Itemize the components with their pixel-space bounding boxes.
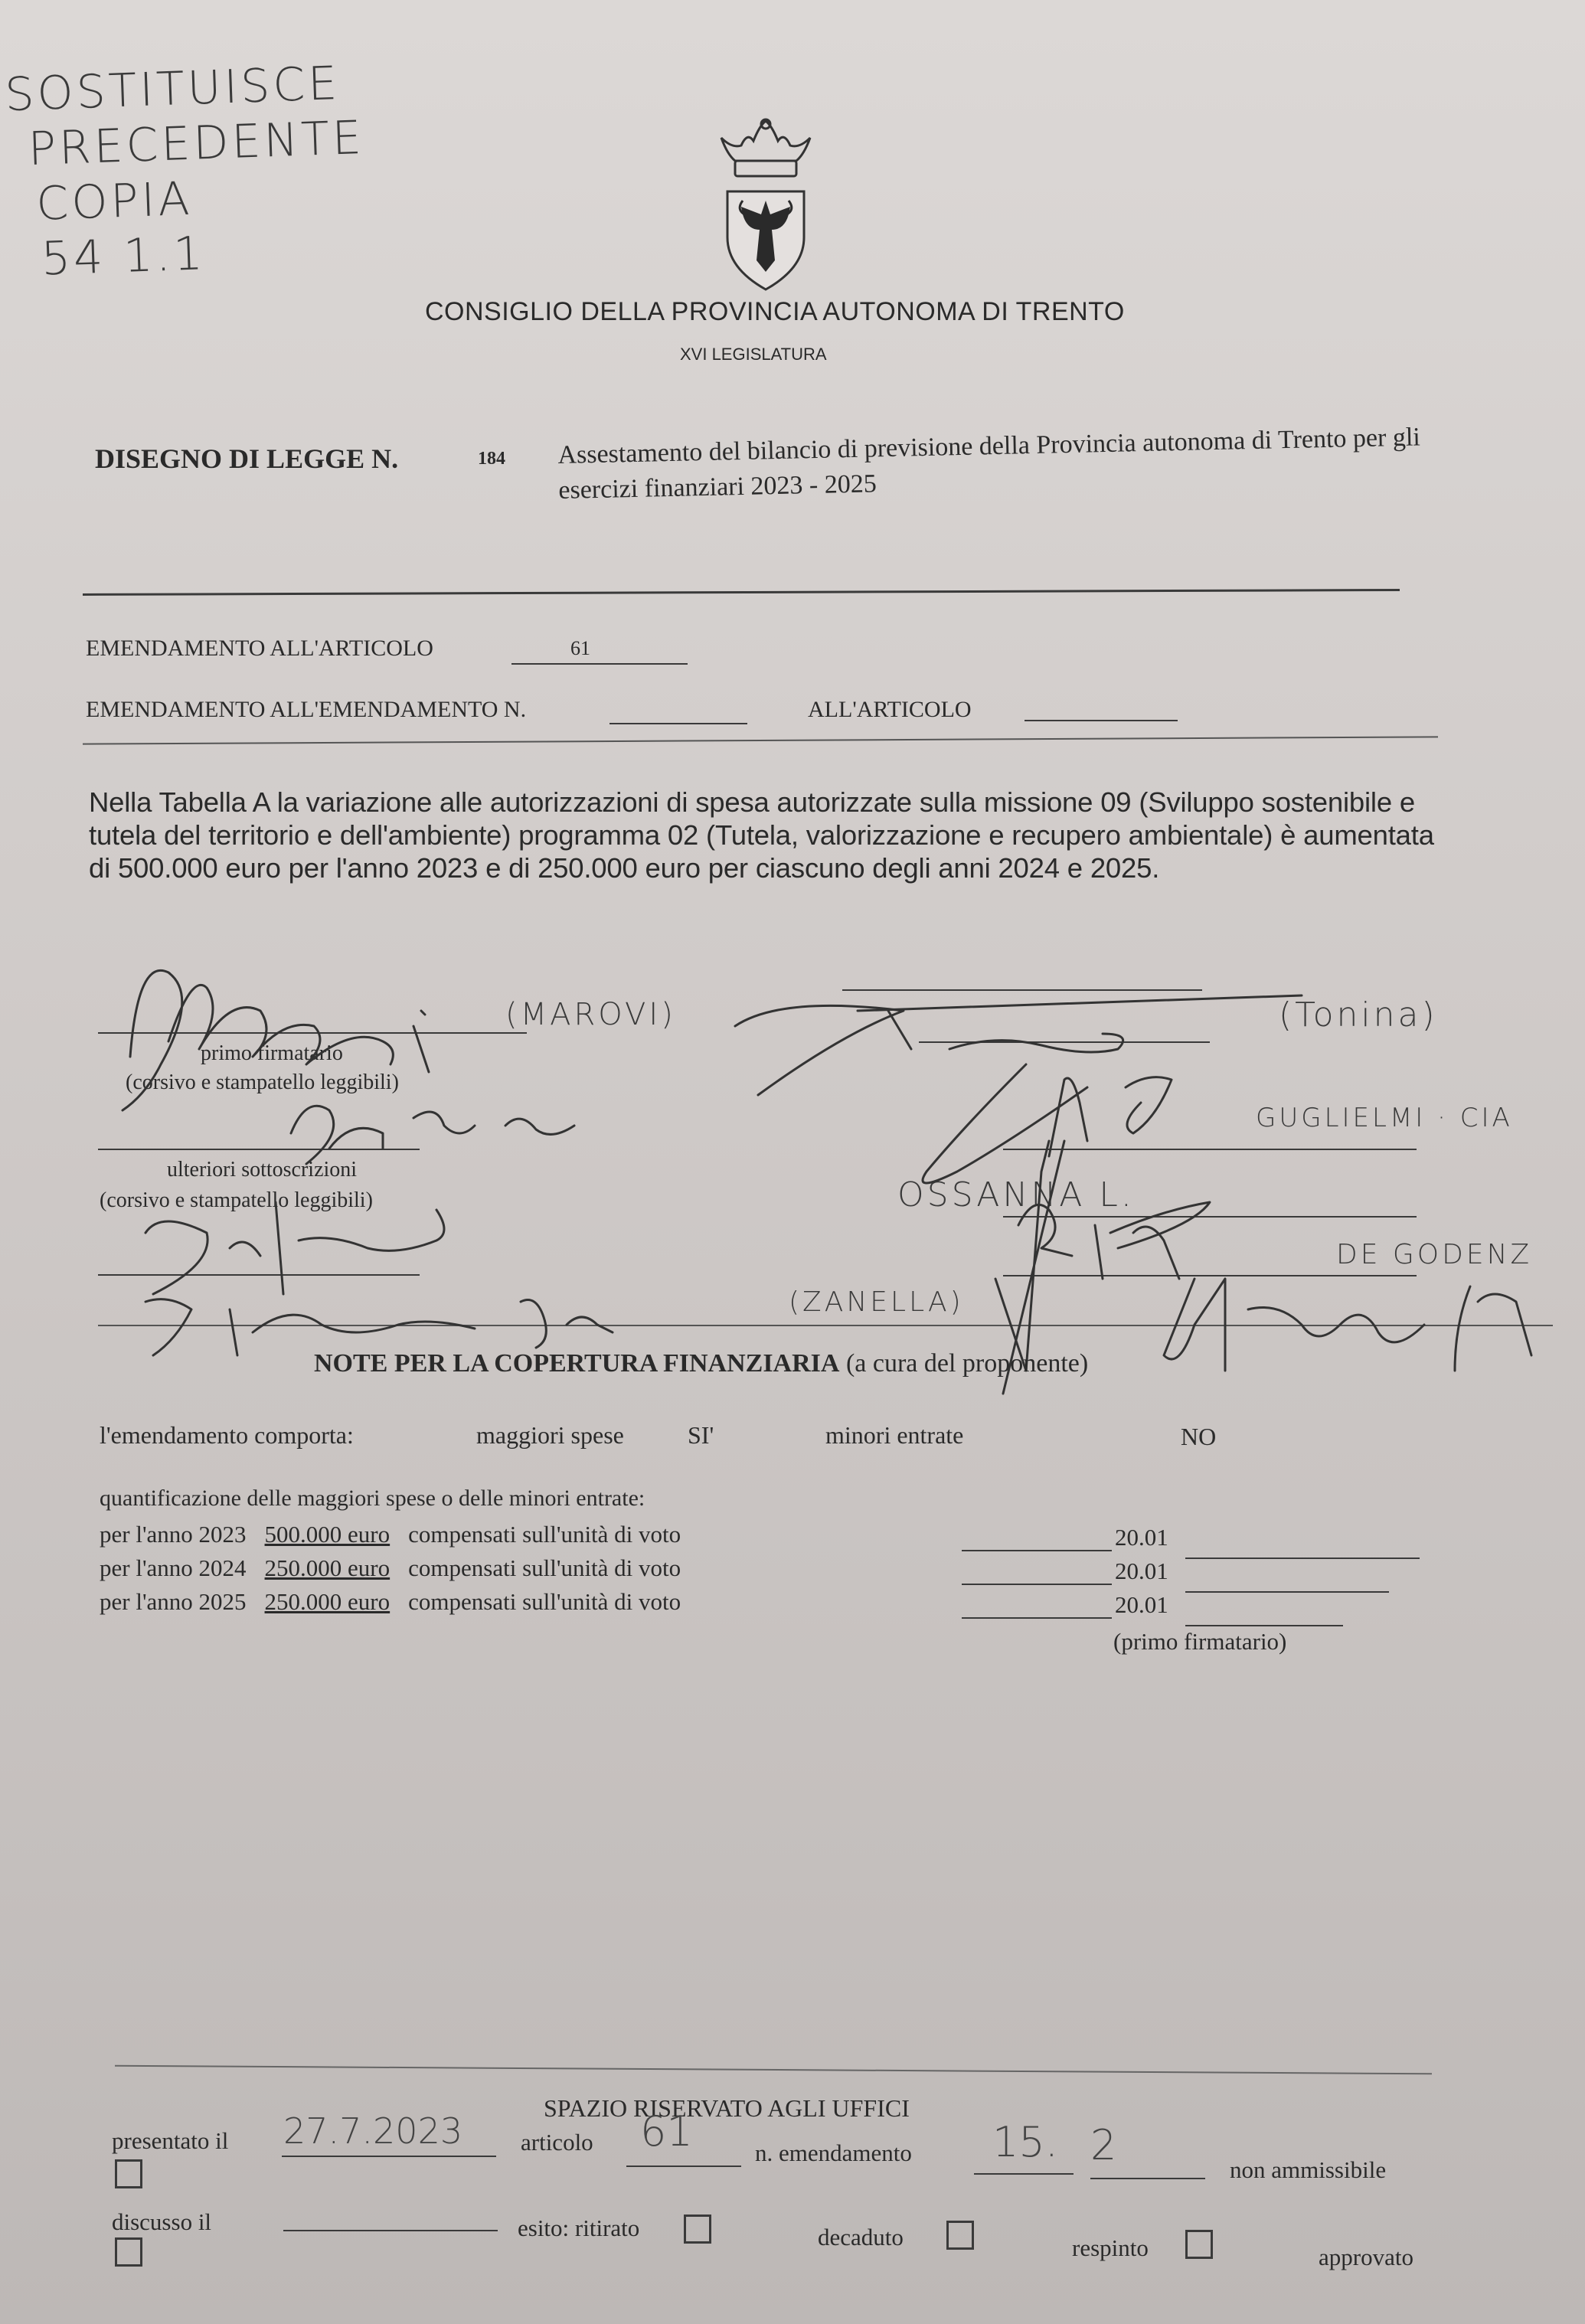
quantification-row: per l'anno 2024250.000 eurocompensati su… xyxy=(100,1554,681,1582)
note-line: PRECEDENTE xyxy=(28,110,365,177)
voto-field-line xyxy=(1185,1591,1389,1593)
amount: 250.000 euro xyxy=(265,1554,391,1581)
financial-notes-title-main: NOTE PER LA COPERTURA FINANZIARIA xyxy=(314,1349,839,1378)
n-emendamento-value-2: 2 xyxy=(1090,2121,1116,2169)
articolo-field[interactable] xyxy=(626,2165,741,2167)
compensation-label: compensati sull'unità di voto xyxy=(408,1521,681,1548)
quantification-row: per l'anno 2023500.000 eurocompensati su… xyxy=(100,1521,681,1548)
year-label: per l'anno 2025 xyxy=(100,1588,247,1615)
bill-title: Assestamento del bilancio di previsione … xyxy=(557,419,1455,508)
year-label: per l'anno 2023 xyxy=(100,1521,247,1548)
financial-notes-title-suffix: (a cura del proponente) xyxy=(846,1349,1088,1378)
council-name: CONSIGLIO DELLA PROVINCIA AUTONOMA DI TR… xyxy=(425,297,1125,327)
note-line: 54 1.1 xyxy=(41,221,369,287)
respinto-checkbox[interactable] xyxy=(946,2221,974,2250)
amendment-to-amendment-field[interactable] xyxy=(609,723,747,724)
non-ammissibile-label: non ammissibile xyxy=(1230,2156,1386,2184)
signatures-scribble xyxy=(77,942,1577,1401)
voto-field-line xyxy=(1185,1625,1343,1626)
voto-unit-value: 20.01 xyxy=(1115,1558,1168,1585)
amendment-article2-field[interactable] xyxy=(1025,720,1178,721)
presentato-value: 27.7.2023 xyxy=(283,2110,462,2152)
voto-unit-value: 20.01 xyxy=(1115,1591,1168,1619)
minori-entrate-label: minori entrate xyxy=(825,1421,963,1450)
presentato-label: presentato il xyxy=(112,2127,228,2155)
signer-caption: (primo firmatario) xyxy=(1113,1628,1286,1656)
discusso-field[interactable] xyxy=(283,2230,498,2231)
amendment-to-amendment-label: EMENDAMENTO ALL'EMENDAMENTO N. xyxy=(86,697,526,723)
presentato-field[interactable] xyxy=(282,2156,496,2157)
approvato-label: approvato xyxy=(1319,2244,1413,2271)
amendment-article-value: 61 xyxy=(570,637,590,660)
voto-field-line xyxy=(1185,1558,1420,1559)
trento-coat-of-arms-icon xyxy=(704,115,827,291)
quantification-row: per l'anno 2025250.000 eurocompensati su… xyxy=(100,1588,681,1616)
compensation-label: compensati sull'unità di voto xyxy=(408,1554,681,1581)
non-ammissibile-checkbox[interactable] xyxy=(115,2159,142,2188)
voto-unit-value: 20.01 xyxy=(1115,1524,1168,1551)
bill-number: 184 xyxy=(478,449,505,469)
amount: 500.000 euro xyxy=(265,1521,391,1548)
articolo-label: articolo xyxy=(521,2129,593,2156)
office-section-title: SPAZIO RISERVATO AGLI UFFICI xyxy=(544,2094,910,2123)
quantification-heading: quantificazione delle maggiori spese o d… xyxy=(100,1486,645,1512)
approvato-checkbox[interactable] xyxy=(1185,2230,1213,2259)
divider xyxy=(115,2065,1432,2075)
comporta-label: l'emendamento comporta: xyxy=(100,1421,354,1450)
respinto-label: respinto xyxy=(1072,2234,1149,2262)
minori-entrate-value: NO xyxy=(1181,1423,1216,1451)
maggiori-spese-value: SI' xyxy=(688,1421,714,1450)
voto-field-line xyxy=(962,1584,1112,1585)
voto-field-line xyxy=(962,1550,1112,1551)
legislature-label: XVI LEGISLATURA xyxy=(680,345,827,364)
esito-ritirato-label: esito: ritirato xyxy=(518,2215,639,2242)
n-emendamento-label: n. emendamento xyxy=(755,2139,912,2167)
amendment-text: Nella Tabella A la variazione alle autor… xyxy=(89,786,1459,884)
compensation-label: compensati sull'unità di voto xyxy=(408,1588,681,1615)
n-emendamento-field-2[interactable] xyxy=(1090,2178,1205,2179)
decaduto-checkbox[interactable] xyxy=(684,2215,711,2244)
discusso-label: discusso il xyxy=(112,2208,211,2236)
decaduto-label: decaduto xyxy=(818,2224,904,2251)
handwritten-replacement-note: SOSTITUISCE PRECEDENTE COPIA 54 1.1 xyxy=(4,55,369,288)
amount: 250.000 euro xyxy=(265,1588,391,1615)
divider xyxy=(83,736,1438,744)
financial-notes-title: NOTE PER LA COPERTURA FINANZIARIA (a cur… xyxy=(314,1349,1088,1378)
divider xyxy=(83,589,1400,596)
voto-field-line xyxy=(962,1617,1112,1619)
amendment-article-field[interactable] xyxy=(511,663,688,665)
year-label: per l'anno 2024 xyxy=(100,1554,247,1581)
articolo-value: 61 xyxy=(640,2107,693,2156)
ritirato-checkbox[interactable] xyxy=(115,2237,142,2267)
amendment-article-label: EMENDAMENTO ALL'ARTICOLO xyxy=(86,636,433,662)
n-emendamento-field-1[interactable] xyxy=(974,2173,1074,2175)
amendment-article2-label: ALL'ARTICOLO xyxy=(808,697,972,723)
maggiori-spese-label: maggiori spese xyxy=(476,1421,624,1450)
bill-label: DISEGNO DI LEGGE N. xyxy=(95,443,398,475)
n-emendamento-value-1: 15. xyxy=(992,2118,1058,2166)
